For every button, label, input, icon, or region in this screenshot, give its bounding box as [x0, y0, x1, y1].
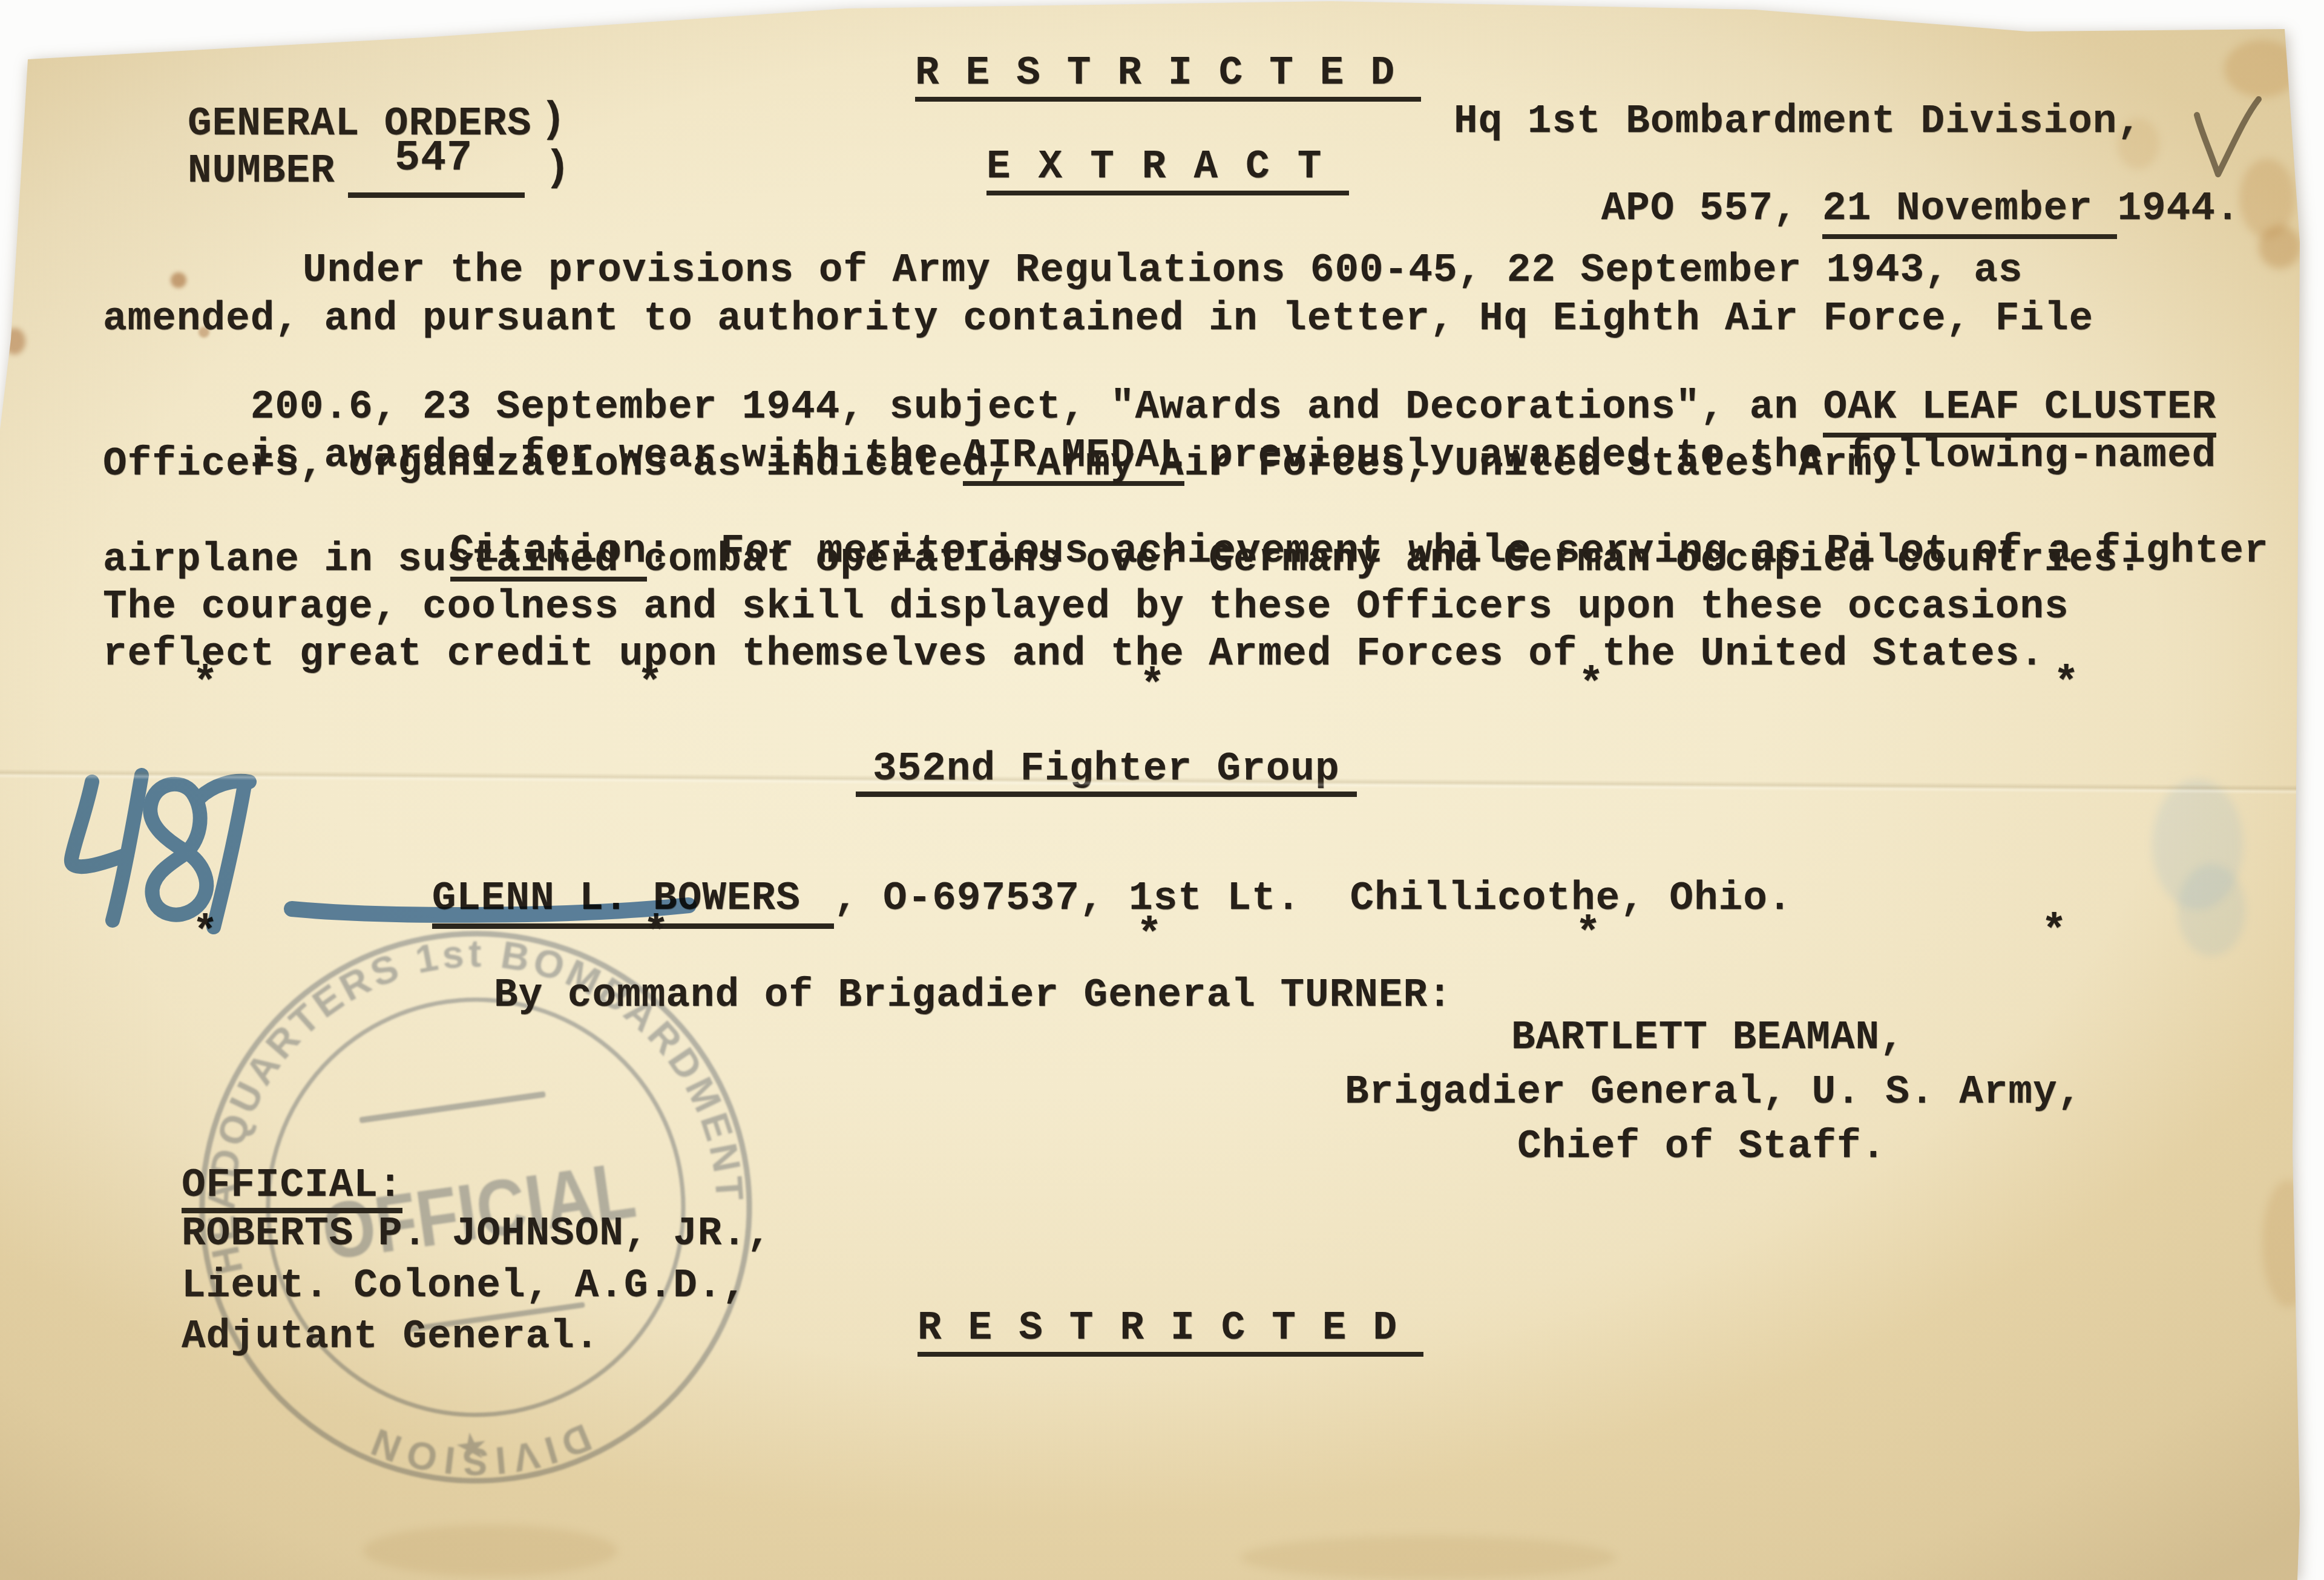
official-label: OFFICIAL: [182, 1165, 402, 1213]
date-year: 1944. [2117, 186, 2240, 231]
blue-smudge [2178, 864, 2245, 956]
asterisk: * [1140, 666, 1166, 708]
blue-smudge [2152, 779, 2243, 910]
awardee-name-underlined: GLENN L. BOWERS [432, 876, 834, 929]
handwritten-digit-8 [150, 784, 206, 915]
asterisk: * [1578, 664, 1604, 707]
official-title: Adjutant General. [182, 1317, 599, 1357]
document-scan: HEADQUARTERS 1st BOMBARDMENT DIVISION OF… [0, 0, 2324, 1580]
signature-rank: Brigadier General, U. S. Army, [1345, 1072, 2082, 1112]
signature-title: Chief of Staff. [1517, 1127, 1886, 1167]
number-label: NUMBER [188, 151, 335, 191]
asterisk: * [2041, 911, 2067, 954]
awardee-details: , O-697537, 1st Lt. Chillicothe, Ohio. [834, 876, 1793, 921]
stamp-center-text: OFFICIAL [317, 1145, 640, 1277]
signature-name: BARTLETT BEAMAN, [1511, 1018, 1905, 1058]
stain [2262, 1180, 2314, 1307]
command-line: By command of Brigadier General TURNER: [494, 975, 1452, 1015]
general-orders-label: GENERAL ORDERS [188, 104, 532, 144]
asterisk: * [637, 663, 663, 706]
handwritten-digit-4 [71, 782, 127, 867]
paragraph-line: 200.6, 23 September 1944, subject, "Awar… [103, 347, 2216, 467]
stain [1241, 1536, 1616, 1579]
order-number: 547 [395, 138, 473, 180]
stain [2117, 118, 2159, 169]
blue-pencil-underline [292, 905, 689, 915]
citation-word-underlined: Citation [450, 528, 647, 582]
stamp-inner-ring [241, 973, 711, 1442]
paragraph-line: amended, and pursuant to authority conta… [103, 299, 2093, 339]
stain [2224, 40, 2300, 97]
svg-text:DIVISION: DIVISION [355, 1388, 600, 1502]
stamp-ring-bottom-text: DIVISION [355, 1388, 600, 1502]
headquarters-stamp: HEADQUARTERS 1st BOMBARDMENT DIVISION OF… [154, 886, 797, 1529]
awardee-line: GLENN L. BOWERS, O-697537, 1st Lt. Chill… [284, 839, 1792, 959]
stain [171, 272, 186, 288]
fold-crease [0, 769, 2324, 795]
asterisk: * [192, 663, 218, 706]
citation-line: reflect great credit upon themselves and… [103, 634, 2044, 674]
official-rank: Lieut. Colonel, A.G.D., [182, 1266, 747, 1306]
date-line: APO 557, 21 November 1944. [1454, 149, 2240, 269]
station-line: Hq 1st Bombardment Division, [1454, 102, 2142, 142]
asterisk: * [2053, 663, 2079, 706]
oak-leaf-cluster-underlined: OAK LEAF CLUSTER [1823, 384, 2216, 438]
asterisk: * [1137, 915, 1163, 957]
handwritten-digit-4 [113, 775, 142, 920]
stain [199, 327, 209, 338]
stain [363, 1525, 617, 1576]
extract-label: EXTRACT [986, 147, 1349, 195]
stamp-star-icon: ★ [452, 1424, 491, 1470]
svg-text:HEADQUARTERS 1st BOMBARDMENT: HEADQUARTERS 1st BOMBARDMENT [163, 896, 754, 1279]
stamp-bar-top [359, 1091, 545, 1123]
classification-bottom: RESTRICTED [917, 1308, 1423, 1357]
asterisk: * [192, 913, 218, 955]
handwritten-digit-7 [200, 781, 249, 798]
stain [2239, 159, 2295, 238]
stain [2259, 225, 2301, 269]
pencil-checkmark [2197, 99, 2259, 174]
date-underlined: 21 November [1822, 186, 2117, 239]
paragraph-line: Under the provisions of Army Regulations… [303, 251, 2023, 290]
paper-sheet-wrap: HEADQUARTERS 1st BOMBARDMENT DIVISION OF… [0, 0, 2324, 1580]
general-orders-paren: ) [540, 99, 566, 142]
apo-text: APO 557, [1601, 186, 1822, 231]
stamp-outer-ring [166, 898, 784, 1516]
citation-line: The courage, coolness and skill displaye… [103, 587, 2069, 627]
stamp-bar-bottom [407, 1302, 585, 1333]
number-paren: ) [545, 148, 571, 190]
paragraph-line: Officers, organizations as indicated, Ar… [103, 444, 1922, 484]
citation-line: Citation: For meritorious achievement wh… [303, 491, 2269, 611]
stain [4, 328, 25, 355]
handwritten-digit-7 [214, 782, 245, 927]
group-heading: 352nd Fighter Group [856, 749, 1357, 797]
number-underline [348, 192, 525, 198]
paragraph-line: is awarded for wear with the AIR MEDAL p… [103, 396, 2216, 516]
asterisk: * [643, 913, 669, 955]
citation-line: airplane in sustained combat operations … [103, 540, 2142, 580]
paper-sheet: HEADQUARTERS 1st BOMBARDMENT DIVISION OF… [0, 0, 2324, 1580]
classification-top: RESTRICTED [915, 53, 1421, 102]
asterisk: * [1575, 914, 1601, 956]
air-medal-underlined: AIR MEDAL [963, 433, 1184, 486]
official-name: ROBERTS P. JOHNSON, JR., [182, 1214, 772, 1254]
stamp-ring-top-text: HEADQUARTERS 1st BOMBARDMENT [163, 896, 754, 1279]
